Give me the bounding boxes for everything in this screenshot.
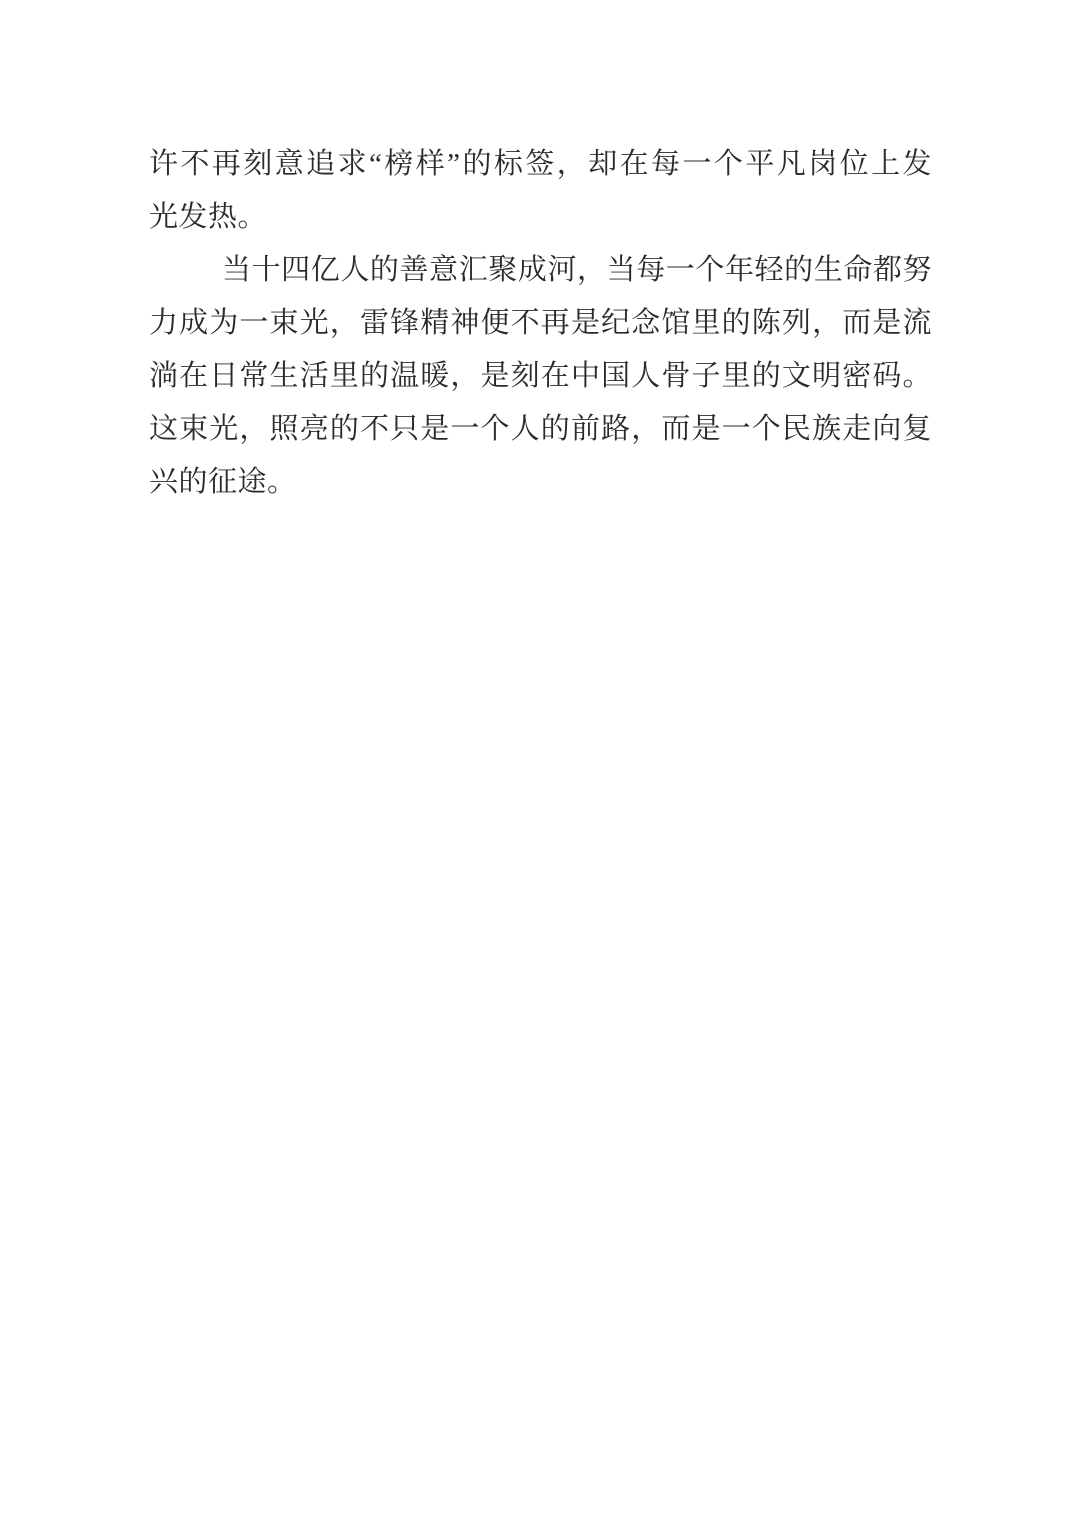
paragraph-2-line-3: 淌在日常生活里的温暖，是刻在中国人骨子里的文明密码。 [149, 350, 932, 403]
paragraph-1-line-2: 光发热。 [149, 191, 932, 244]
document-page: 许不再刻意追求“榜样”的标签，却在每一个平凡岗位上发 光发热。 当十四亿人的善意… [0, 0, 1080, 1525]
paragraph-2-line-5: 兴的征途。 [149, 456, 932, 509]
paragraph-2-line-1: 当十四亿人的善意汇聚成河，当每一个年轻的生命都努 [149, 244, 932, 297]
paragraph-2-line-4: 这束光，照亮的不只是一个人的前路，而是一个民族走向复 [149, 403, 932, 456]
paragraph-1-line-1: 许不再刻意追求“榜样”的标签，却在每一个平凡岗位上发 [149, 138, 932, 191]
paragraph-2-line-2: 力成为一束光，雷锋精神便不再是纪念馆里的陈列，而是流 [149, 297, 932, 350]
body-text-block: 许不再刻意追求“榜样”的标签，却在每一个平凡岗位上发 光发热。 当十四亿人的善意… [149, 138, 932, 509]
